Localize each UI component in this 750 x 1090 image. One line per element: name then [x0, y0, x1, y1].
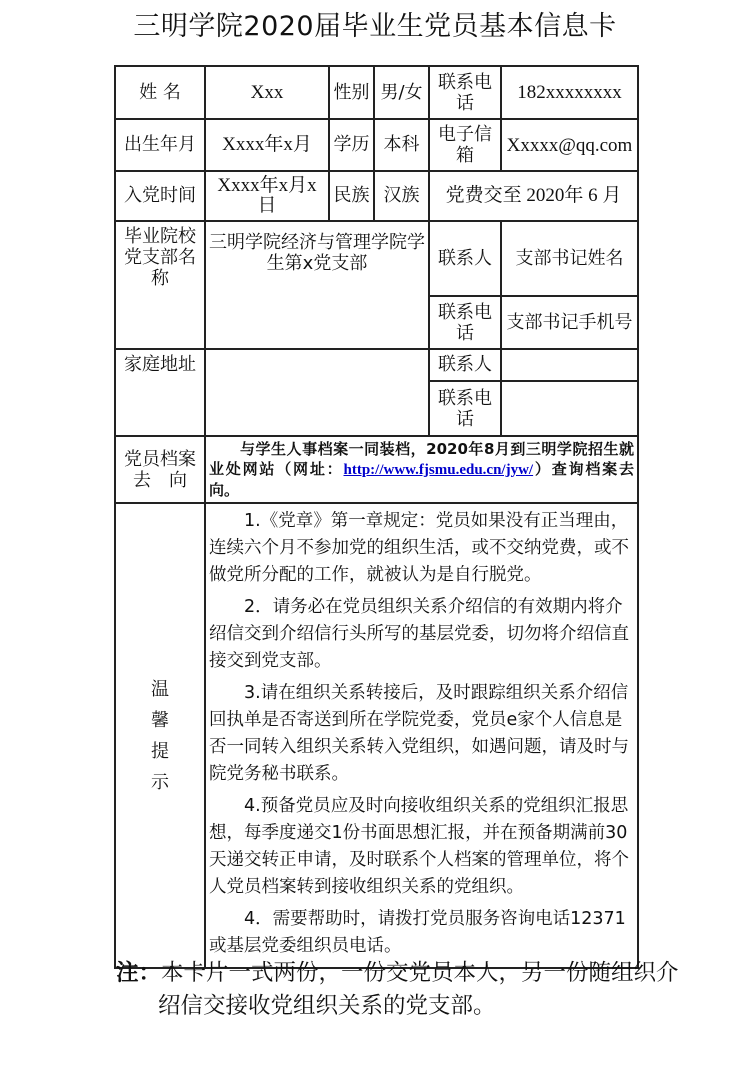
- join-date-value: Xxxx年x月x日: [205, 171, 329, 221]
- home-contact-value: [501, 349, 638, 381]
- tip-item: 3.请在组织关系转接后，及时跟踪组织关系介绍信回执单是否寄送到所在学院党委，党员…: [209, 680, 634, 788]
- branch-contact-value: 支部书记姓名: [501, 221, 638, 296]
- education-label: 学历: [329, 119, 374, 171]
- ethnicity-label: 民族: [329, 171, 374, 221]
- archive-label: 党员档案去 向: [115, 436, 205, 503]
- phone-label: 联系电话: [429, 66, 501, 119]
- tip-item: 2．请务必在党员组织关系介绍信的有效期内将介绍信交到介绍信行头所写的基层党委，切…: [209, 594, 634, 675]
- birth-value: Xxxx年x月: [205, 119, 329, 171]
- gender-value: 男/女: [374, 66, 429, 119]
- home-phone-value: [501, 381, 638, 436]
- note-text: 本卡片一式两份，一份交党员本人，另一份随组织介绍信交接收党组织关系的党支部。: [158, 960, 679, 1019]
- archive-link[interactable]: http://www.fjsmu.edu.cn/jyw/: [344, 462, 534, 478]
- page-title: 三明学院2020届毕业生党员基本信息卡: [0, 4, 750, 43]
- join-date-label: 入党时间: [115, 171, 205, 221]
- tip-item: 1.《党章》第一章规定：党员如果没有正当理由，连续六个月不参加党的组织生活，或不…: [209, 508, 634, 589]
- education-value: 本科: [374, 119, 429, 171]
- branch-contact-label: 联系人: [429, 221, 501, 296]
- phone-value: 182xxxxxxxx: [501, 66, 638, 119]
- home-address-label: 家庭地址: [115, 349, 205, 436]
- gender-label: 性别: [329, 66, 374, 119]
- ethnicity-value: 汉族: [374, 171, 429, 221]
- home-contact-label: 联系人: [429, 349, 501, 381]
- email-label: 电子信箱: [429, 119, 501, 171]
- home-address-value: [205, 349, 429, 436]
- tip-item: 4.预备党员应及时向接收组织关系的党组织汇报思想，每季度递交1份书面思想汇报，并…: [209, 793, 634, 901]
- tips-label: 温 馨 提 示: [115, 503, 205, 968]
- branch-phone-label: 联系电话: [429, 296, 501, 349]
- branch-name-value: 三明学院经济与管理学院学生第x党支部: [205, 221, 429, 349]
- name-label: 姓 名: [115, 66, 205, 119]
- email-value: Xxxxx@qq.com: [501, 119, 638, 171]
- tips-content: 1.《党章》第一章规定：党员如果没有正当理由，连续六个月不参加党的组织生活，或不…: [205, 503, 638, 968]
- name-value: Xxx: [205, 66, 329, 119]
- note-prefix: 注：: [116, 960, 161, 986]
- branch-label: 毕业院校党支部名称: [115, 221, 205, 349]
- birth-label: 出生年月: [115, 119, 205, 171]
- footnote: 注：本卡片一式两份，一份交党员本人，另一份随组织介绍信交接收党组织关系的党支部。: [116, 957, 688, 1023]
- archive-destination: 与学生人事档案一同装档，2020年8月到三明学院招生就业处网站（网址：http:…: [205, 436, 638, 503]
- info-card-table: 姓 名 Xxx 性别 男/女 联系电话 182xxxxxxxx 出生年月 Xxx…: [114, 65, 639, 969]
- dues-paid-until: 党费交至 2020年 6 月: [429, 171, 638, 221]
- home-phone-label: 联系电话: [429, 381, 501, 436]
- tip-item: 4．需要帮助时，请拨打党员服务咨询电话12371或基层党委组织员电话。: [209, 906, 634, 960]
- branch-phone-value: 支部书记手机号: [501, 296, 638, 349]
